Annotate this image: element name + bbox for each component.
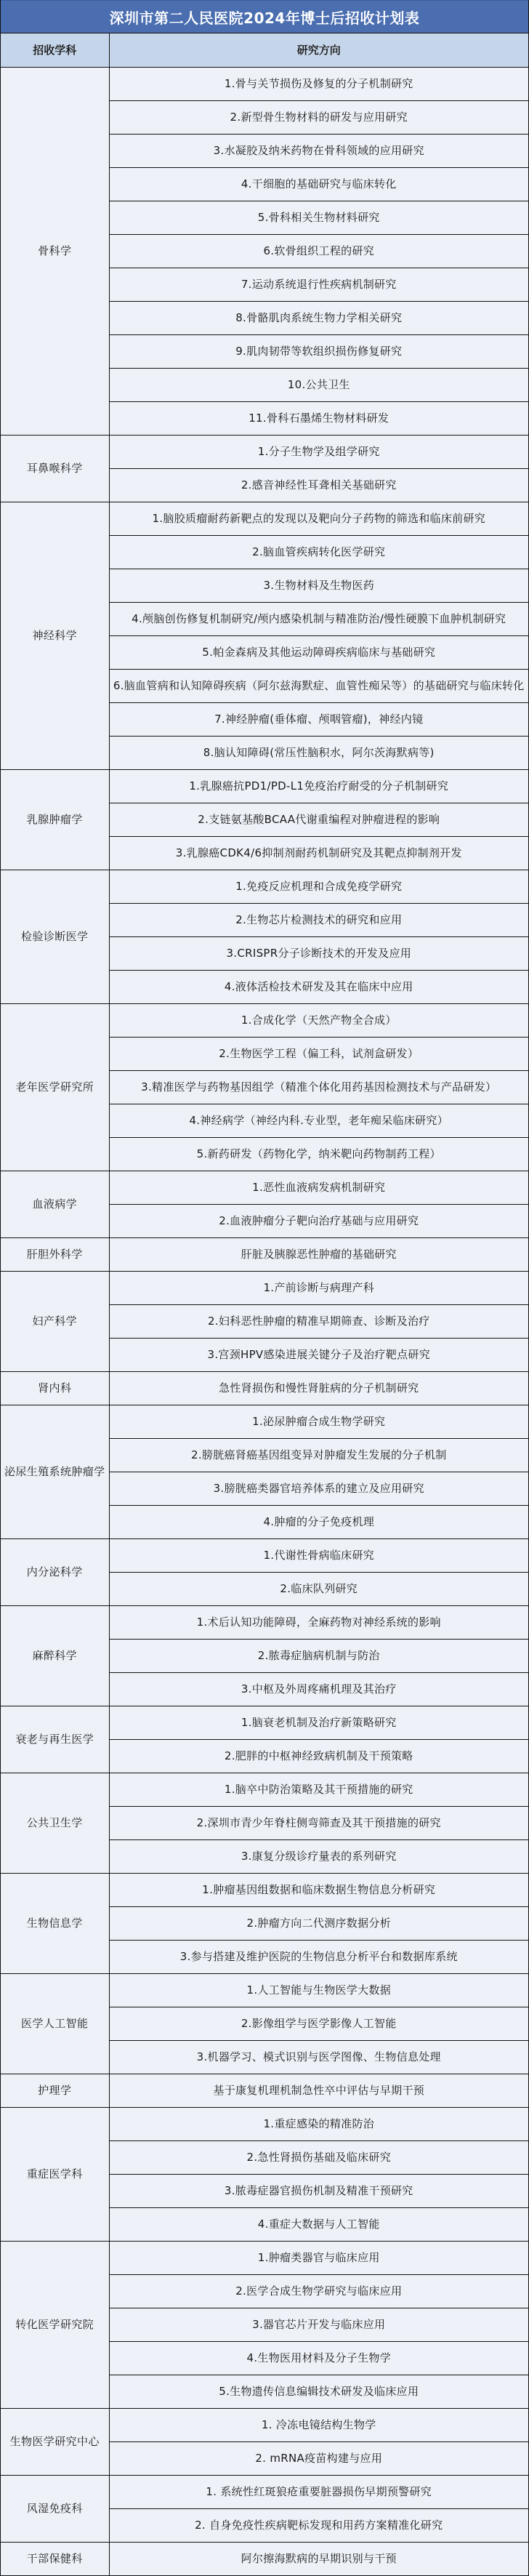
research-direction-cell: 1.脑胶质瘤耐药新靶点的发现以及靶向分子药物的筛选和临床前研究 [109,502,528,535]
research-direction-cell: 2.支链氨基酸BCAA代谢重编程对肿瘤进程的影响 [109,803,528,836]
table-row: 麻醉科学1.术后认知功能障碍，全麻药物对神经系统的影响 [1,1605,528,1639]
subject-cell: 骨科学 [1,67,109,435]
research-direction-cell: 3.膀胱癌类器官培养体系的建立及应用研究 [109,1472,528,1505]
research-direction-cell: 1.术后认知功能障碍，全麻药物对神经系统的影响 [109,1605,528,1639]
column-header-subject: 招收学科 [1,33,109,67]
table-row: 内分泌科学1.代谢性骨病临床研究 [1,1538,528,1572]
table-row: 生物信息学1.肿瘤基因组数据和临床数据生物信息分析研究 [1,1873,528,1906]
research-direction-cell: 5.生物遗传信息编辑技术研发及临床应用 [109,2375,528,2408]
table-row: 检验诊断医学1.免疫反应机理和合成免疫学研究 [1,870,528,903]
research-direction-cell: 1.代谢性骨病临床研究 [109,1538,528,1572]
research-direction-cell: 3.康复分级诊疗量表的系列研究 [109,1839,528,1873]
research-direction-cell: 4.液体活检技术研发及其在临床中应用 [109,970,528,1003]
research-direction-cell: 1. 系统性红斑狼疮重要脏器损伤早期预警研究 [109,2475,528,2508]
research-direction-cell: 2.肥胖的中枢神经致病机制及干预策略 [109,1739,528,1773]
subject-cell: 神经科学 [1,502,109,769]
table-row: 重症医学科1.重症感染的精准防治 [1,2107,528,2140]
research-direction-cell: 4.神经病学（神经内科.专业型，老年痴呆临床研究） [109,1104,528,1137]
subject-cell: 生物信息学 [1,1873,109,1973]
table-body: 骨科学1.骨与关节损伤及修复的分子机制研究2.新型骨生物材料的研发与应用研究3.… [1,67,528,2575]
research-direction-cell: 11.骨科石墨烯生物材料研发 [109,401,528,435]
research-direction-cell: 2.生物芯片检测技术的研究和应用 [109,903,528,936]
research-direction-cell: 3.参与搭建及维护医院的生物信息分析平台和数据库系统 [109,1940,528,1973]
research-direction-cell: 2.生物医学工程（偏工科，试剂盒研发） [109,1037,528,1070]
research-direction-cell: 1. 冷冻电镜结构生物学 [109,2408,528,2441]
research-direction-cell: 2.新型骨生物材料的研发与应用研究 [109,100,528,134]
table-row: 妇产科学1.产前诊断与病理产科 [1,1271,528,1304]
research-direction-cell: 1.产前诊断与病理产科 [109,1271,528,1304]
research-direction-cell: 2.肿瘤方向二代测序数据分析 [109,1906,528,1940]
research-direction-cell: 2. mRNA疫苗构建与应用 [109,2441,528,2475]
research-direction-cell: 1.泌尿肿瘤合成生物学研究 [109,1405,528,1438]
subject-cell: 重症医学科 [1,2107,109,2241]
research-direction-cell: 阿尔擦海默病的早期识别与干预 [109,2542,528,2575]
research-direction-cell: 2. 自身免疫性疾病靶标发现和用药方案精准化研究 [109,2508,528,2542]
table-row: 衰老与再生医学1.脑衰老机制及治疗新策略研究 [1,1706,528,1739]
research-direction-cell: 2.深圳市青少年脊柱侧弯筛查及其干预措施的研究 [109,1806,528,1839]
research-direction-cell: 9.肌肉韧带等软组织损伤修复研究 [109,334,528,368]
table-row: 神经科学1.脑胶质瘤耐药新靶点的发现以及靶向分子药物的筛选和临床前研究 [1,502,528,535]
research-direction-cell: 肝脏及胰腺恶性肿瘤的基础研究 [109,1237,528,1271]
table-row: 护理学基于康复机理机制急性卒中评估与早期干预 [1,2074,528,2107]
table-row: 风湿免疫科1. 系统性红斑狼疮重要脏器损伤早期预警研究 [1,2475,528,2508]
table-row: 干部保健科阿尔擦海默病的早期识别与干预 [1,2542,528,2575]
research-direction-cell: 1.骨与关节损伤及修复的分子机制研究 [109,67,528,100]
research-direction-cell: 1.脑衰老机制及治疗新策略研究 [109,1706,528,1739]
subject-cell: 检验诊断医学 [1,870,109,1003]
subject-cell: 风湿免疫科 [1,2475,109,2542]
research-direction-cell: 8.脑认知障碍(常压性脑积水，阿尔茨海默病等) [109,736,528,769]
subject-cell: 护理学 [1,2074,109,2107]
research-direction-cell: 3.中枢及外周疼痛机理及其治疗 [109,1672,528,1706]
recruitment-table: 招收学科 研究方向 骨科学1.骨与关节损伤及修复的分子机制研究2.新型骨生物材料… [1,33,528,2575]
research-direction-cell: 2.感音神经性耳聋相关基础研究 [109,468,528,502]
table-row: 肾内科急性肾损伤和慢性肾脏病的分子机制研究 [1,1371,528,1405]
research-direction-cell: 基于康复机理机制急性卒中评估与早期干预 [109,2074,528,2107]
research-direction-cell: 2.临床队列研究 [109,1572,528,1605]
research-direction-cell: 2.脑血管疾病转化医学研究 [109,535,528,569]
research-direction-cell: 6.脑血管病和认知障碍疾病（阿尔兹海默症、血管性痴呆等）的基础研究与临床转化 [109,669,528,702]
research-direction-cell: 2.医学合成生物学研究与临床应用 [109,2274,528,2308]
research-direction-cell: 1.人工智能与生物医学大数据 [109,1973,528,2007]
research-direction-cell: 3.水凝胶及纳米药物在骨科领域的应用研究 [109,134,528,167]
table-row: 耳鼻喉科学1.分子生物学及组学研究 [1,435,528,468]
research-direction-cell: 1.乳腺癌抗PD1/PD-L1免疫治疗耐受的分子机制研究 [109,769,528,803]
subject-cell: 老年医学研究所 [1,1003,109,1171]
subject-cell: 乳腺肿瘤学 [1,769,109,870]
subject-cell: 肾内科 [1,1371,109,1405]
subject-cell: 干部保健科 [1,2542,109,2575]
research-direction-cell: 5.骨科相关生物材料研究 [109,201,528,234]
subject-cell: 泌尿生殖系统肿瘤学 [1,1405,109,1538]
research-direction-cell: 1.重症感染的精准防治 [109,2107,528,2140]
subject-cell: 内分泌科学 [1,1538,109,1605]
research-direction-cell: 1.分子生物学及组学研究 [109,435,528,468]
research-direction-cell: 3.机器学习、模式识别与医学图像、生物信息处理 [109,2040,528,2074]
table-row: 转化医学研究院1.肿瘤类器官与临床应用 [1,2241,528,2274]
research-direction-cell: 2.膀胱癌肾癌基因组变异对肿瘤发生发展的分子机制 [109,1438,528,1472]
table-row: 生物医学研究中心1. 冷冻电镜结构生物学 [1,2408,528,2441]
research-direction-cell: 4.重症大数据与人工智能 [109,2207,528,2241]
research-direction-cell: 2.妇科恶性肿瘤的精准早期筛查、诊断及治疗 [109,1304,528,1338]
table-row: 血液病学1.恶性血液病发病机制研究 [1,1171,528,1204]
research-direction-cell: 3.乳腺癌CDK4/6抑制剂耐药机制研究及其靶点抑制剂开发 [109,836,528,870]
subject-cell: 生物医学研究中心 [1,2408,109,2475]
research-direction-cell: 10.公共卫生 [109,368,528,401]
research-direction-cell: 5.帕金森病及其他运动障碍疾病临床与基础研究 [109,635,528,669]
research-direction-cell: 1.恶性血液病发病机制研究 [109,1171,528,1204]
research-direction-cell: 1.合成化学（天然产物全合成） [109,1003,528,1037]
research-direction-cell: 4.干细胞的基础研究与临床转化 [109,167,528,201]
research-direction-cell: 急性肾损伤和慢性肾脏病的分子机制研究 [109,1371,528,1405]
research-direction-cell: 4.颅脑创伤修复机制研究/颅内感染机制与精准防治/慢性硬膜下血肿机制研究 [109,602,528,635]
research-direction-cell: 3.CRISPR分子诊断技术的开发及应用 [109,936,528,970]
research-direction-cell: 3.精准医学与药物基因组学（精准个体化用药基因检测技术与产品研发） [109,1070,528,1104]
research-direction-cell: 1.肿瘤基因组数据和临床数据生物信息分析研究 [109,1873,528,1906]
research-direction-cell: 1.肿瘤类器官与临床应用 [109,2241,528,2274]
research-direction-cell: 6.软骨组织工程的研究 [109,234,528,268]
research-direction-cell: 4.肿瘤的分子免疫机理 [109,1505,528,1538]
research-direction-cell: 2.急性肾损伤基础及临床研究 [109,2140,528,2174]
research-direction-cell: 7.运动系统退行性疾病机制研究 [109,268,528,301]
table-row: 泌尿生殖系统肿瘤学1.泌尿肿瘤合成生物学研究 [1,1405,528,1438]
subject-cell: 肝胆外科学 [1,1237,109,1271]
research-direction-cell: 3.生物材料及生物医药 [109,569,528,602]
table-row: 医学人工智能1.人工智能与生物医学大数据 [1,1973,528,2007]
research-direction-cell: 3.宫颈HPV感染进展关键分子及治疗靶点研究 [109,1338,528,1371]
table-row: 公共卫生学1.脑卒中防治策略及其干预措施的研究 [1,1773,528,1806]
research-direction-cell: 7.神经肿瘤(垂体瘤、颅咽管瘤)，神经内镜 [109,702,528,736]
recruitment-plan-sheet: 深圳市第二人民医院2024年博士后招收计划表 招收学科 研究方向 骨科学1.骨与… [0,0,529,2576]
research-direction-cell: 1.免疫反应机理和合成免疫学研究 [109,870,528,903]
header-row: 招收学科 研究方向 [1,33,528,67]
research-direction-cell: 2.脓毒症脑病机制与防治 [109,1639,528,1672]
subject-cell: 妇产科学 [1,1271,109,1371]
table-row: 乳腺肿瘤学1.乳腺癌抗PD1/PD-L1免疫治疗耐受的分子机制研究 [1,769,528,803]
research-direction-cell: 3.器官芯片开发与临床应用 [109,2308,528,2341]
subject-cell: 衰老与再生医学 [1,1706,109,1773]
research-direction-cell: 1.脑卒中防治策略及其干预措施的研究 [109,1773,528,1806]
subject-cell: 公共卫生学 [1,1773,109,1873]
table-row: 骨科学1.骨与关节损伤及修复的分子机制研究 [1,67,528,100]
subject-cell: 血液病学 [1,1171,109,1237]
research-direction-cell: 3.脓毒症器官损伤机制及精准干预研究 [109,2174,528,2207]
subject-cell: 转化医学研究院 [1,2241,109,2408]
research-direction-cell: 4.生物医用材料及分子生物学 [109,2341,528,2375]
research-direction-cell: 2.影像组学与医学影像人工智能 [109,2007,528,2040]
page-title: 深圳市第二人民医院2024年博士后招收计划表 [1,0,528,33]
subject-cell: 耳鼻喉科学 [1,435,109,502]
research-direction-cell: 2.血液肿瘤分子靶向治疗基础与应用研究 [109,1204,528,1237]
column-header-direction: 研究方向 [109,33,528,67]
table-row: 肝胆外科学肝脏及胰腺恶性肿瘤的基础研究 [1,1237,528,1271]
subject-cell: 麻醉科学 [1,1605,109,1706]
subject-cell: 医学人工智能 [1,1973,109,2074]
table-header: 招收学科 研究方向 [1,33,528,67]
table-row: 老年医学研究所1.合成化学（天然产物全合成） [1,1003,528,1037]
research-direction-cell: 5.新药研发（药物化学，纳米靶向药物制药工程） [109,1137,528,1171]
research-direction-cell: 8.骨骼肌肉系统生物力学相关研究 [109,301,528,334]
